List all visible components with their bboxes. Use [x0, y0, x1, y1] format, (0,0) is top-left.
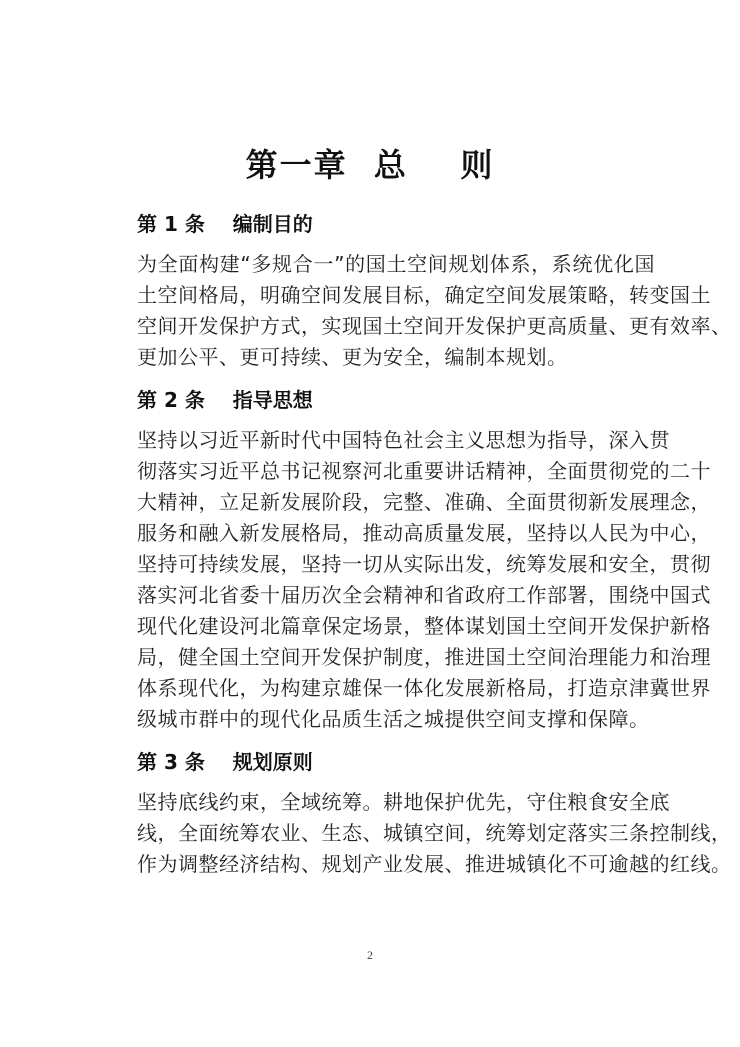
article-2-line-4: 服务和融入新发展格局，推动高质量发展，坚持以人民为中心，	[137, 517, 655, 546]
article-1-line-2: 土空间格局，明确空间发展目标，确定空间发展策略，转变国土	[137, 279, 655, 308]
article-1-line-3: 空间开发保护方式，实现国土空间开发保护更高质量、更有效率、	[137, 310, 655, 339]
article-2-line-6: 落实河北省委十届历次全会精神和省政府工作部署，围绕中国式	[137, 579, 655, 608]
article-2-line-9: 体系现代化，为构建京雄保一体化发展新格局，打造京津冀世界	[137, 672, 655, 701]
page-number: 2	[0, 948, 740, 963]
article-2-line-3: 大精神，立足新发展阶段，完整、准确、全面贯彻新发展理念，	[137, 486, 655, 515]
article-3-line-3: 作为调整经济结构、规划产业发展、推进城镇化不可逾越的红线。	[137, 848, 655, 877]
article-1-line-4: 更加公平、更可持续、更为安全，编制本规划。	[137, 341, 655, 370]
article-3-heading: 第 3 条 规划原则	[137, 746, 313, 775]
article-3-line-1: 坚持底线约束，全域统筹。耕地保护优先，守住粮食安全底	[137, 786, 655, 815]
document-page: 第一章 总 则 第 1 条 编制目的 为全面构建“多规合一”的国土空间规划体系，…	[0, 0, 740, 1047]
article-2-line-10: 级城市群中的现代化品质生活之城提供空间支撑和保障。	[137, 703, 655, 732]
article-1-line-1: 为全面构建“多规合一”的国土空间规划体系，系统优化国	[137, 248, 655, 277]
article-2-line-2: 彻落实习近平总书记视察河北重要讲话精神，全面贯彻党的二十	[137, 455, 655, 484]
article-2-line-8: 局，健全国土空间开发保护制度，推进国土空间治理能力和治理	[137, 641, 655, 670]
article-2-line-7: 现代化建设河北篇章保定场景，整体谋划国土空间开发保护新格	[137, 610, 655, 639]
article-3-line-2: 线，全面统筹农业、生态、城镇空间，统筹划定落实三条控制线，	[137, 817, 655, 846]
article-2-line-5: 坚持可持续发展，坚持一切从实际出发，统筹发展和安全，贯彻	[137, 548, 655, 577]
article-2-line-1: 坚持以习近平新时代中国特色社会主义思想为指导，深入贯	[137, 424, 655, 453]
article-2-heading: 第 2 条 指导思想	[137, 384, 313, 413]
chapter-title: 第一章 总 则	[0, 140, 740, 186]
article-1-heading: 第 1 条 编制目的	[137, 208, 313, 237]
